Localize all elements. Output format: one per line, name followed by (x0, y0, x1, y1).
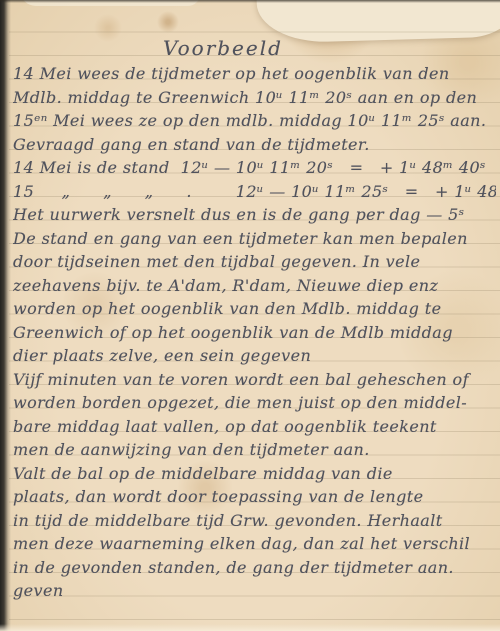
handwritten-line: men deze waarneming elken dag, dan zal h… (13, 532, 496, 556)
page-bottom-edge (0, 624, 500, 631)
handwritten-line: De stand en gang van een tijdmeter kan m… (13, 227, 496, 251)
handwritten-line: bare middag laat vallen, op dat oogenbli… (13, 415, 496, 439)
page-top-shadow (0, 0, 500, 3)
handwritten-line: geven (13, 579, 496, 603)
handwritten-line: Valt de bal op de middelbare middag van … (13, 462, 496, 486)
handwritten-line: Greenwich of op het oogenblik van de Mdl… (13, 321, 496, 345)
page-title: Voorbeeld (13, 36, 496, 62)
handwritten-line: worden borden opgezet, die men juist op … (13, 391, 496, 415)
notebook-page: Voorbeeld 14 Mei wees de tijdmeter op he… (0, 0, 500, 631)
handwritten-line-formula: 14 Mei is de stand 12ᵘ — 10ᵘ 11ᵐ 20ˢ = +… (13, 156, 496, 180)
handwritten-line: door tijdseinen met den tijdbal gegeven.… (13, 250, 496, 274)
handwritten-line: Het uurwerk versnelt dus en is de gang p… (13, 203, 496, 227)
handwritten-line: 14 Mei wees de tijdmeter op het oogenbli… (13, 62, 496, 86)
handwritten-line: worden op het oogenblik van den Mdlb. mi… (13, 297, 496, 321)
handwritten-line: plaats, dan wordt door toepassing van de… (13, 485, 496, 509)
handwritten-line: in de gevonden standen, de gang der tijd… (13, 556, 496, 580)
handwritten-line: 15ᵉⁿ Mei wees ze op den mdlb. middag 10ᵘ… (13, 109, 496, 133)
handwritten-line: Gevraagd gang en stand van de tijdmeter. (13, 133, 496, 157)
handwritten-content: Voorbeeld 14 Mei wees de tijdmeter op he… (13, 36, 496, 603)
handwritten-line: dier plaats zelve, een sein gegeven (13, 344, 496, 368)
handwritten-line: Vijf minuten van te voren wordt een bal … (13, 368, 496, 392)
binding-edge (0, 0, 11, 631)
handwritten-line-formula: 15 „ „ „ . 12ᵘ — 10ᵘ 11ᵐ 25ˢ = + 1ᵘ 48ᵐ … (13, 180, 496, 204)
handwritten-line: in tijd de middelbare tijd Grw. gevonden… (13, 509, 496, 533)
handwritten-line: zeehavens bijv. te A'dam, R'dam, Nieuwe … (13, 274, 496, 298)
handwritten-line: men de aanwijzing van den tijdmeter aan. (13, 438, 496, 462)
handwritten-line: Mdlb. middag te Greenwich 10ᵘ 11ᵐ 20ˢ aa… (13, 86, 496, 110)
